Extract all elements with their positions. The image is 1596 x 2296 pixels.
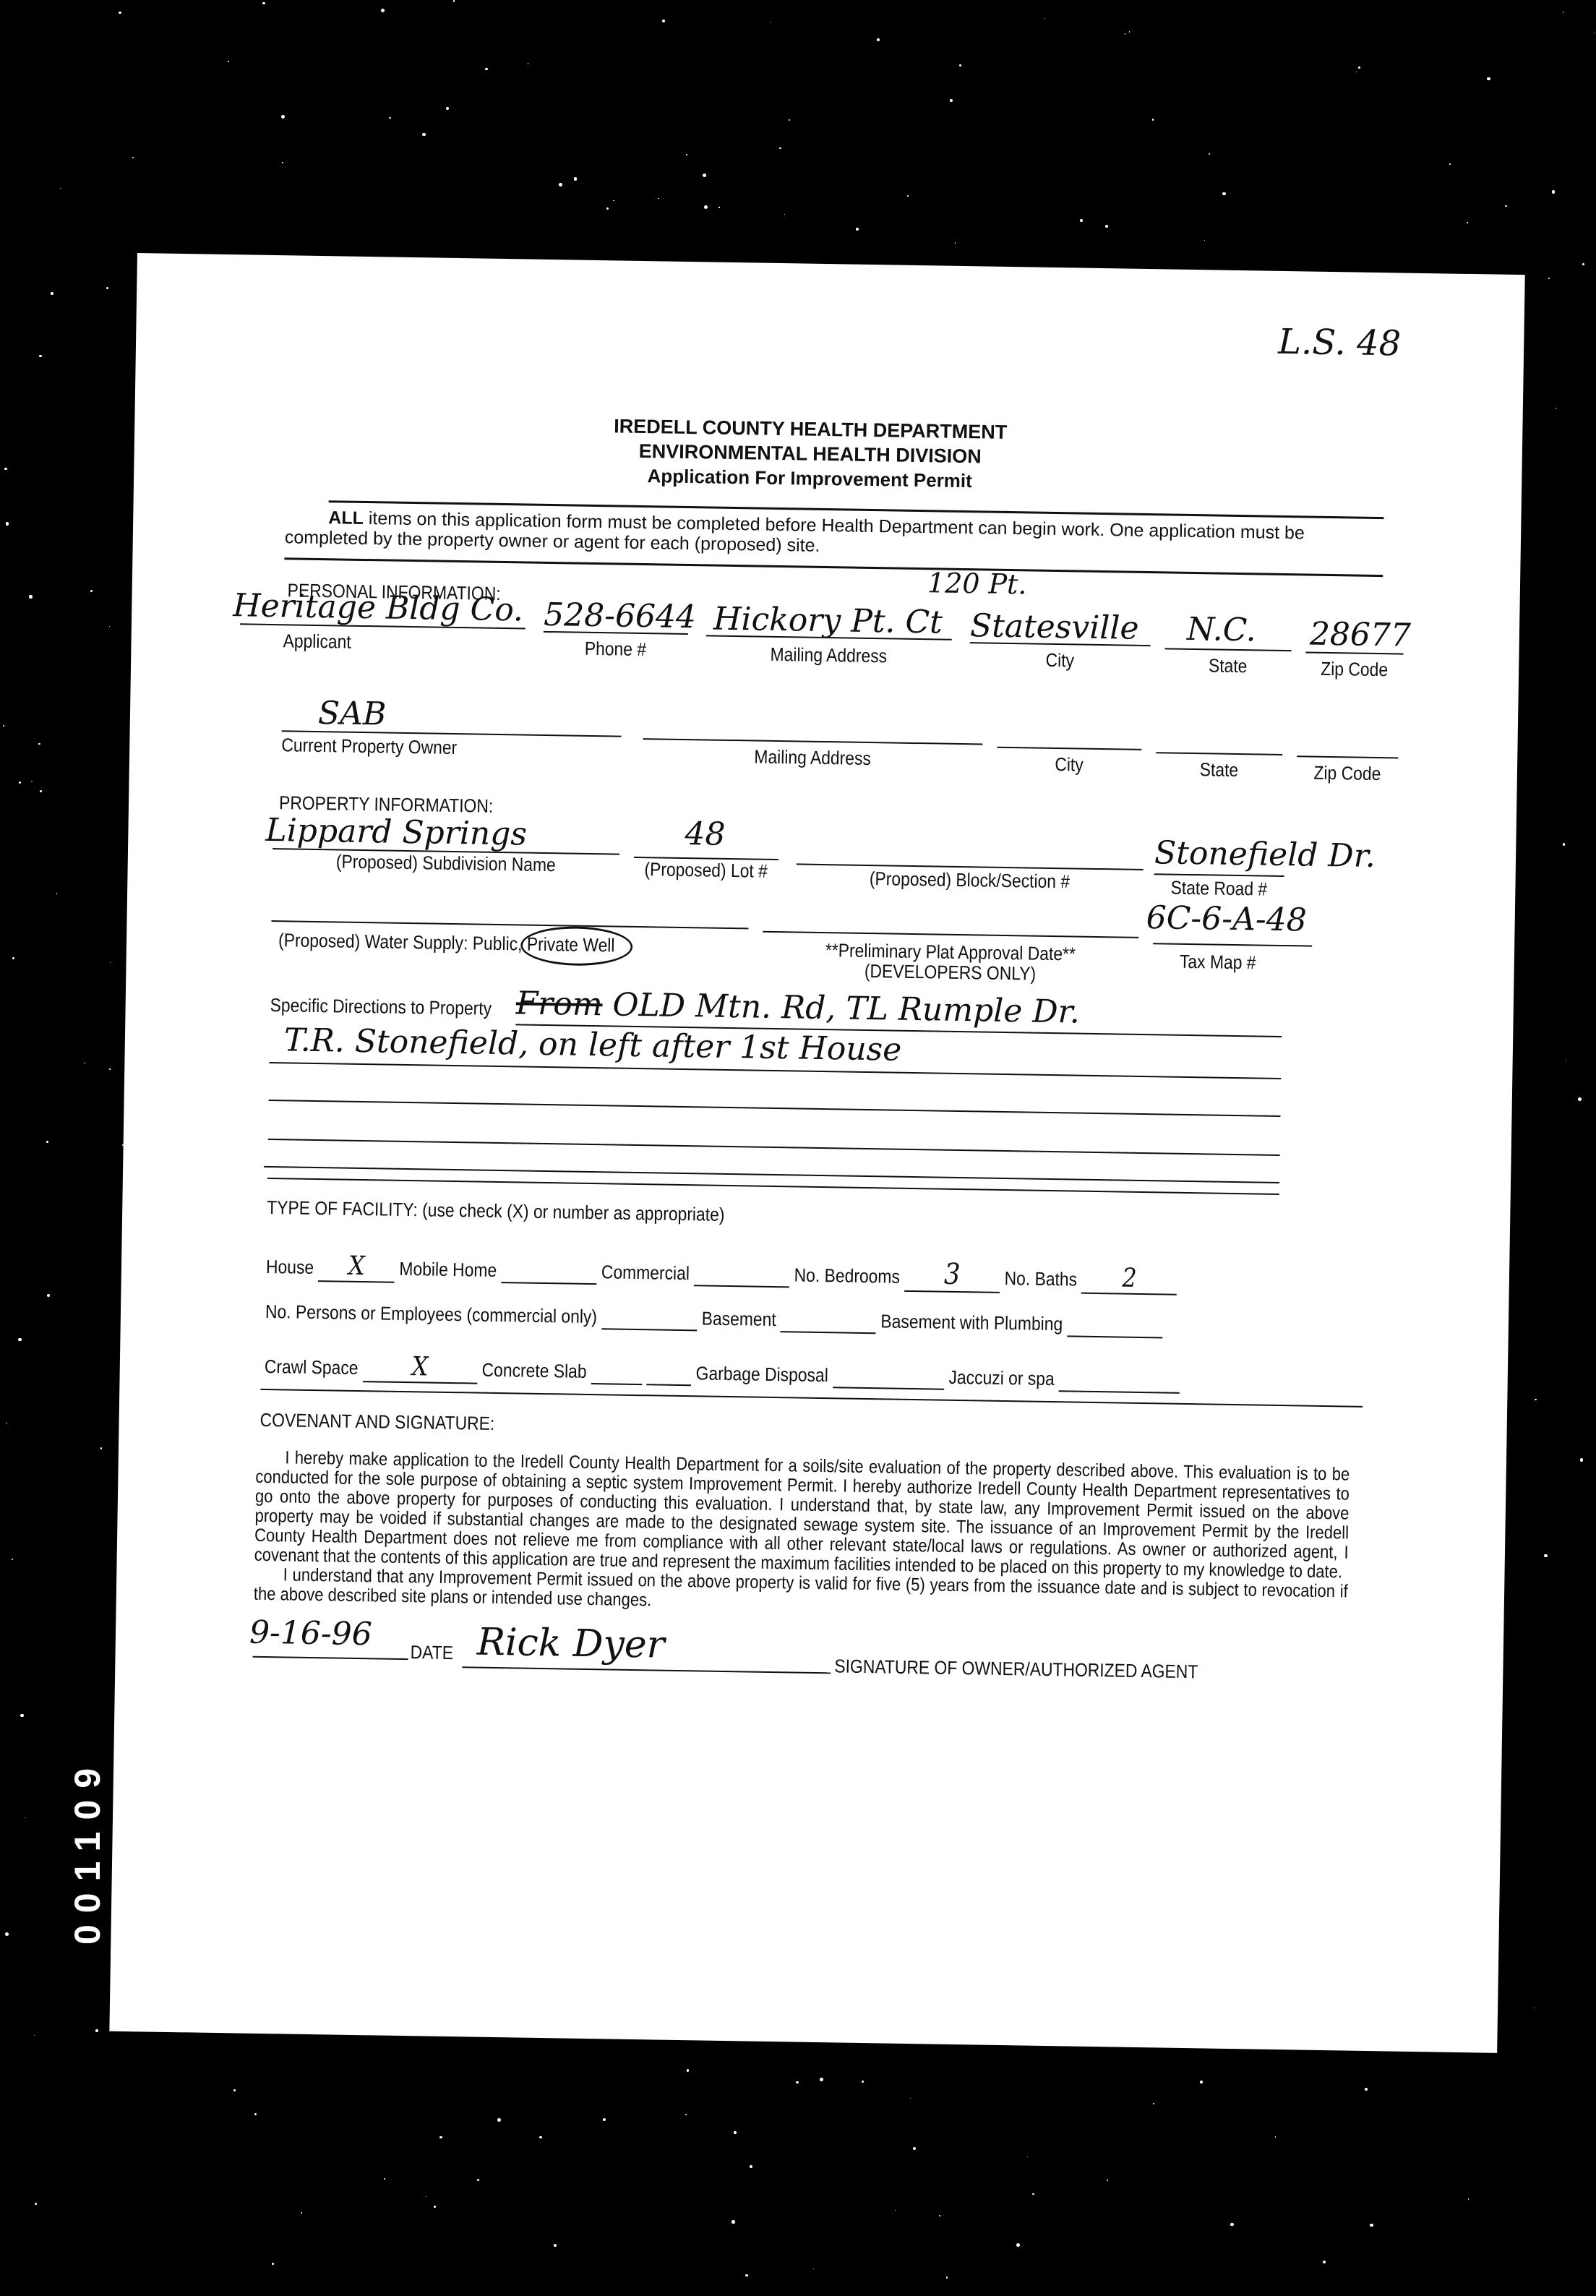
scan-noise xyxy=(233,2089,236,2091)
scan-noise xyxy=(40,790,42,792)
plat-date-sublabel: (DEVELOPERS ONLY) xyxy=(784,959,1115,986)
phone-field[interactable]: 528-6644 xyxy=(544,602,689,635)
lot-value: 48 xyxy=(685,818,726,851)
scan-noise xyxy=(282,162,283,163)
owner-label: Current Property Owner xyxy=(281,734,457,759)
phone-label: Phone # xyxy=(552,637,679,661)
facility-row-2: No. Persons or Employees (commercial onl… xyxy=(265,1301,1163,1338)
facility-row-3: Crawl Space X Concrete Slab Garbage Disp… xyxy=(265,1350,1180,1395)
scan-noise xyxy=(228,61,229,62)
scan-noise xyxy=(1129,31,1130,33)
facility-row-1: House X Mobile Home Commercial No. Bedro… xyxy=(266,1247,1177,1296)
scan-noise xyxy=(1544,1554,1548,1558)
persons-field[interactable] xyxy=(601,1306,698,1331)
scan-noise xyxy=(613,200,614,202)
scan-noise xyxy=(745,2274,748,2277)
scan-noise xyxy=(47,1294,50,1297)
scan-noise xyxy=(1467,222,1468,223)
applicant-field[interactable]: Heritage Bldg Co. xyxy=(240,594,526,629)
scan-noise xyxy=(1556,408,1556,408)
scan-noise xyxy=(46,1141,48,1143)
scan-noise xyxy=(39,355,42,358)
scan-noise xyxy=(31,781,33,782)
scan-noise xyxy=(1275,2136,1277,2138)
scan-noise xyxy=(1487,77,1490,80)
block-section-field[interactable] xyxy=(797,831,1144,870)
scan-noise xyxy=(4,468,7,470)
city-value: Statesville xyxy=(970,610,1139,645)
lot-label: (Proposed) Lot # xyxy=(642,858,769,883)
mailing-address-value: Hickory Pt. Ct xyxy=(713,604,943,639)
scan-noise xyxy=(603,2118,606,2121)
scan-noise xyxy=(779,147,781,149)
scan-noise xyxy=(1594,33,1595,33)
directions-value-2: T.R. Stonefield, on left after 1st House xyxy=(284,1024,902,1066)
scan-noise xyxy=(109,1068,111,1070)
basement-label: Basement xyxy=(701,1307,776,1330)
crawl-space-field[interactable]: X xyxy=(363,1351,478,1384)
scan-noise xyxy=(384,2178,385,2180)
scan-noise xyxy=(84,1063,85,1064)
signature-label: SIGNATURE OF OWNER/AUTHORIZED AGENT xyxy=(834,1655,1198,1683)
blank-field[interactable] xyxy=(646,1361,691,1386)
scan-noise xyxy=(1358,67,1360,69)
scan-noise xyxy=(389,117,390,119)
scan-noise xyxy=(950,99,953,102)
scan-noise xyxy=(731,2220,735,2224)
owner-city-label: City xyxy=(1005,753,1133,777)
bedrooms-label: No. Bedrooms xyxy=(794,1264,900,1287)
scan-noise xyxy=(485,68,487,70)
scan-noise xyxy=(38,743,40,745)
scan-noise xyxy=(35,2203,37,2205)
basement-field[interactable] xyxy=(781,1308,877,1334)
scan-noise xyxy=(439,2136,442,2139)
scan-noise xyxy=(856,228,859,231)
baths-value: 2 xyxy=(1122,1264,1137,1293)
scan-noise xyxy=(6,522,9,526)
scan-noise xyxy=(254,2113,257,2115)
notice-emphasis: ALL xyxy=(328,507,364,528)
owner-value: SAB xyxy=(318,698,387,730)
water-supply-prefix: (Proposed) Water Supply: Public, xyxy=(278,929,523,954)
scan-noise xyxy=(272,2263,274,2265)
state-road-label: State Road # xyxy=(1162,876,1277,900)
scan-noise xyxy=(704,205,708,209)
concrete-slab-label: Concrete Slab xyxy=(481,1359,586,1382)
state-field[interactable]: N.C. xyxy=(1165,619,1292,651)
scan-noise xyxy=(539,2136,542,2139)
scan-noise xyxy=(1153,2103,1154,2104)
baths-field[interactable]: 2 xyxy=(1081,1263,1177,1295)
scan-noise xyxy=(1016,2243,1020,2247)
scan-noise xyxy=(1582,263,1584,265)
scan-noise xyxy=(796,2081,799,2084)
scan-noise xyxy=(574,177,578,181)
date-field[interactable]: 9-16-96 xyxy=(253,1620,409,1660)
scan-noise xyxy=(554,2244,557,2247)
scan-noise xyxy=(12,957,14,959)
date-value: 9-16-96 xyxy=(249,1617,372,1651)
subdivision-field[interactable]: Lippard Springs xyxy=(273,816,620,855)
scan-noise xyxy=(1125,33,1126,35)
scan-noise xyxy=(1209,153,1211,155)
concrete-slab-field[interactable] xyxy=(591,1361,643,1385)
scan-noise xyxy=(606,207,609,210)
basement-plumbing-field[interactable] xyxy=(1067,1313,1163,1338)
phone-value: 528-6644 xyxy=(544,599,696,633)
scan-noise xyxy=(662,20,665,22)
persons-label: No. Persons or Employees (commercial onl… xyxy=(265,1301,597,1327)
scan-noise xyxy=(658,198,659,200)
scan-noise xyxy=(1222,192,1226,196)
state-road-value: Stonefield Dr. xyxy=(1154,837,1376,873)
scan-noise xyxy=(281,115,285,119)
scan-noise xyxy=(100,1447,102,1449)
scan-noise xyxy=(56,893,58,894)
scan-noise xyxy=(1505,205,1506,207)
scan-noise xyxy=(12,1559,13,1560)
scan-noise xyxy=(90,590,93,592)
scan-noise xyxy=(497,2118,501,2122)
applicant-label: Applicant xyxy=(283,630,351,653)
state-road-field[interactable]: Stonefield Dr. xyxy=(1154,841,1285,877)
water-supply-line xyxy=(271,920,748,929)
tax-map-value: 6C-6-A-48 xyxy=(1146,902,1307,936)
scan-noise xyxy=(18,1338,21,1341)
scan-noise xyxy=(1107,2180,1108,2181)
scan-noise xyxy=(685,2114,687,2115)
scan-noise xyxy=(1534,2008,1535,2009)
zip-field[interactable]: 28677 xyxy=(1306,622,1404,654)
scan-noise xyxy=(939,2215,940,2216)
scan-noise xyxy=(1152,119,1154,120)
scan-noise xyxy=(1563,843,1566,846)
signature-field[interactable]: Rick Dyer xyxy=(462,1630,831,1674)
scan-noise xyxy=(820,2078,823,2081)
scan-noise xyxy=(1230,2223,1234,2227)
scan-noise xyxy=(877,38,880,41)
scan-noise xyxy=(132,157,134,158)
directions-value-1: From OLD Mtn. Rd, TL Rumple Dr. xyxy=(515,988,1080,1028)
scan-noise xyxy=(5,1932,9,1936)
scan-noise xyxy=(106,287,109,290)
scan-noise xyxy=(6,1423,7,1423)
owner-state-field[interactable] xyxy=(1156,723,1283,755)
basement-plumbing-label: Basement with Plumbing xyxy=(880,1310,1063,1335)
owner-field[interactable]: SAB xyxy=(282,698,622,737)
scan-noise xyxy=(784,214,785,215)
house-value: X xyxy=(348,1251,365,1281)
scan-noise xyxy=(262,2,265,4)
scan-noise xyxy=(1044,18,1045,19)
divider xyxy=(260,1389,1363,1408)
mobile-home-label: Mobile Home xyxy=(399,1258,497,1281)
scan-noise xyxy=(477,2179,479,2181)
scan-noise xyxy=(907,195,909,197)
scan-noise xyxy=(1578,1097,1582,1101)
zip-label: Zip Code xyxy=(1311,658,1397,682)
scan-noise xyxy=(109,626,111,627)
scan-noise xyxy=(862,2081,864,2083)
directions-label: Specific Directions to Property xyxy=(270,994,492,1020)
garbage-disposal-field[interactable] xyxy=(833,1364,944,1389)
scan-noise xyxy=(718,207,719,207)
lot-field[interactable]: 48 xyxy=(634,825,779,860)
state-label: State xyxy=(1172,654,1283,678)
scan-noise xyxy=(1548,278,1550,280)
scan-noise xyxy=(446,107,449,110)
subdivision-value: Lippard Springs xyxy=(265,815,527,851)
scan-noise xyxy=(813,2269,814,2269)
commercial-label: Commercial xyxy=(601,1261,690,1284)
zip-value: 28677 xyxy=(1310,619,1412,652)
crawl-space-label: Crawl Space xyxy=(265,1355,359,1379)
scan-noise xyxy=(434,2206,436,2208)
baths-label: No. Baths xyxy=(1004,1267,1077,1290)
lot-annotation: L.S. 48 xyxy=(1278,322,1402,364)
scan-noise xyxy=(789,119,790,121)
mailing-address-label: Mailing Address xyxy=(721,643,938,669)
scan-noise xyxy=(734,2131,737,2134)
scan-noise xyxy=(20,1714,23,1717)
scan-noise xyxy=(1580,1458,1583,1461)
signature-value: Rick Dyer xyxy=(476,1624,664,1664)
water-supply-label: (Proposed) Water Supply: Public, Private… xyxy=(278,929,615,956)
commercial-field[interactable] xyxy=(694,1262,790,1288)
scan-noise xyxy=(687,2069,689,2071)
directions-text-1: OLD Mtn. Rd, TL Rumple Dr. xyxy=(612,986,1080,1030)
tax-map-field[interactable]: 6C-6-A-48 xyxy=(1153,914,1313,946)
scan-noise xyxy=(3,725,4,727)
facility-heading: TYPE OF FACILITY: (use check (X) or numb… xyxy=(267,1196,725,1226)
subdivision-label: (Proposed) Subdivision Name xyxy=(293,849,598,877)
scan-noise xyxy=(422,133,425,136)
bedrooms-field[interactable]: 3 xyxy=(904,1257,1000,1293)
crawl-space-value: X xyxy=(412,1352,429,1382)
scan-noise xyxy=(750,2165,752,2168)
applicant-value: Heritage Bldg Co. xyxy=(233,590,523,626)
scan-noise xyxy=(528,63,528,64)
garbage-disposal-label: Garbage Disposal xyxy=(695,1362,828,1386)
scan-noise xyxy=(426,2196,426,2197)
scan-noise xyxy=(1535,1399,1536,1400)
scan-noise xyxy=(1566,1061,1566,1061)
scan-noise xyxy=(1370,2224,1373,2227)
scan-noise xyxy=(25,1817,25,1818)
scan-noise xyxy=(770,22,771,23)
owner-city-field[interactable] xyxy=(997,718,1142,750)
scan-noise xyxy=(125,1384,128,1387)
state-value: N.C. xyxy=(1187,614,1256,646)
owner-state-label: State xyxy=(1163,758,1274,781)
scan-noise xyxy=(1204,240,1205,241)
jacuzzi-label: Jaccuzi or spa xyxy=(948,1366,1055,1389)
scan-noise xyxy=(1200,2081,1203,2083)
scan-noise xyxy=(29,595,32,598)
owner-zip-label: Zip Code xyxy=(1303,761,1392,785)
scan-noise xyxy=(559,183,562,187)
covenant-paragraph-1: I hereby make application to the Iredell… xyxy=(254,1448,1350,1582)
scan-noise xyxy=(703,174,706,177)
mailing-address-field[interactable]: Hickory Pt. Ct xyxy=(706,606,953,640)
date-label: DATE xyxy=(410,1641,453,1664)
covenant-heading: COVENANT AND SIGNATURE: xyxy=(259,1409,494,1435)
plat-date-field[interactable] xyxy=(763,902,1139,938)
scan-noise xyxy=(1032,2193,1034,2195)
scan-noise xyxy=(1027,2156,1028,2157)
mobile-home-field[interactable] xyxy=(501,1259,597,1285)
scan-noise xyxy=(1323,2261,1326,2263)
selection-circle-icon xyxy=(520,925,633,966)
scan-noise xyxy=(910,2098,911,2099)
jacuzzi-field[interactable] xyxy=(1059,1368,1180,1394)
house-field[interactable]: X xyxy=(318,1251,395,1283)
house-label: House xyxy=(266,1256,314,1278)
owner-mailing-field[interactable] xyxy=(643,709,984,745)
scan-noise xyxy=(119,12,121,14)
owner-zip-field[interactable] xyxy=(1297,727,1399,758)
block-section-label: (Proposed) Block/Section # xyxy=(817,867,1123,894)
water-option-private-well[interactable]: Private Well xyxy=(527,933,615,956)
scan-noise xyxy=(125,2018,127,2020)
scan-noise xyxy=(1365,2088,1368,2091)
scan-noise xyxy=(913,2147,916,2150)
tax-map-label: Tax Map # xyxy=(1160,950,1275,974)
application-form-page: L.S. 48 IREDELL COUNTY HEALTH DEPARTMENT… xyxy=(109,253,1524,2053)
address-note: 120 Pt. xyxy=(927,569,1027,598)
bedrooms-value: 3 xyxy=(944,1258,961,1291)
scan-noise xyxy=(453,0,455,2)
document-id-stamp: 001109 xyxy=(66,1706,110,1995)
city-label: City xyxy=(980,648,1139,672)
scan-noise xyxy=(110,962,111,963)
scan-noise xyxy=(946,2276,948,2279)
owner-mailing-label: Mailing Address xyxy=(663,745,962,771)
scan-noise xyxy=(1105,225,1108,228)
scan-noise xyxy=(95,2029,98,2032)
scan-noise xyxy=(1356,72,1357,72)
scan-noise xyxy=(19,781,22,784)
scan-noise xyxy=(1563,12,1563,12)
struck-word: From xyxy=(515,985,603,1023)
scan-noise xyxy=(895,2210,896,2211)
scan-noise xyxy=(34,2035,35,2036)
scan-noise xyxy=(51,292,53,295)
scan-noise xyxy=(1552,190,1555,193)
scan-noise xyxy=(955,242,956,243)
city-field[interactable]: Statesville xyxy=(970,613,1151,646)
scan-noise xyxy=(1080,219,1083,222)
scan-noise xyxy=(1468,2198,1469,2199)
covenant-text: I hereby make application to the Iredell… xyxy=(254,1448,1350,1622)
scan-noise xyxy=(301,2212,302,2214)
scan-noise xyxy=(959,64,961,67)
scan-noise xyxy=(60,188,61,189)
scan-noise xyxy=(381,9,385,12)
scan-noise xyxy=(686,154,687,155)
scan-noise xyxy=(1449,163,1451,165)
